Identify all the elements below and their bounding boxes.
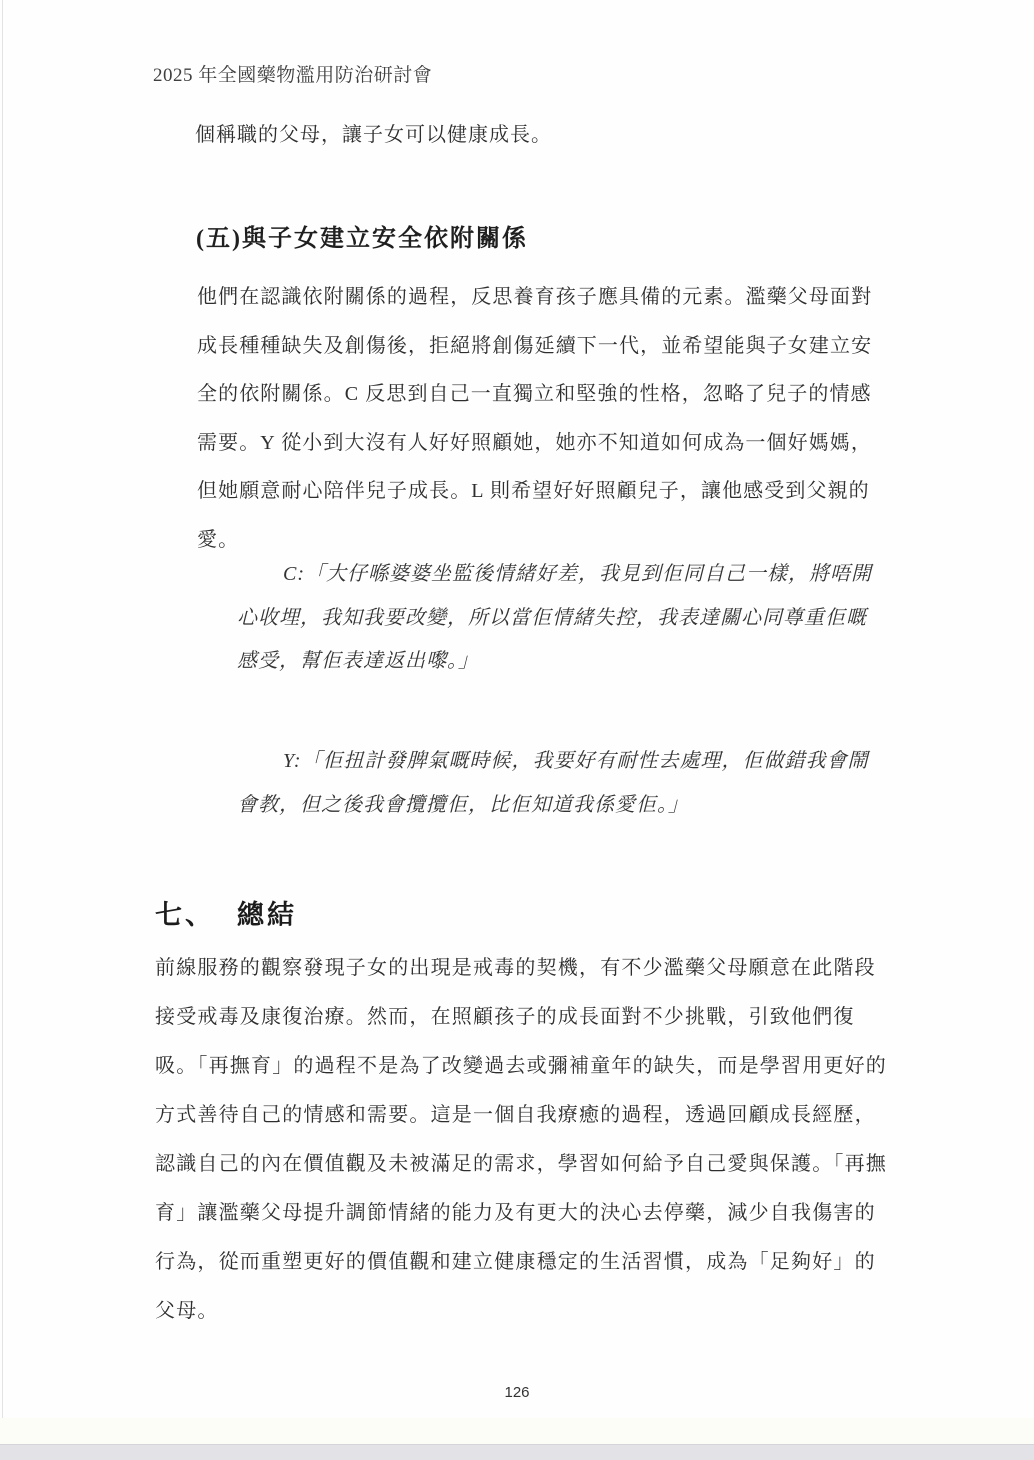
carryover-paragraph-line: 個稱職的父母，讓子女可以健康成長。: [195, 118, 552, 147]
page-number: 126: [0, 1384, 1034, 1401]
paragraph-line: 父母。: [155, 1287, 887, 1336]
running-header: 2025 年全國藥物濫用防治研討會: [153, 60, 432, 87]
paragraph-line: 行為，從而重塑更好的價值觀和建立健康穩定的生活習慣，成為「足夠好」的: [155, 1238, 887, 1287]
paragraph-line: 育」讓濫藥父母提升調節情緒的能力及有更大的決心去停藥，減少自我傷害的: [155, 1189, 887, 1238]
section-heading-7-numeral: 七、: [155, 900, 215, 930]
document-page: 2025 年全國藥物濫用防治研討會 個稱職的父母，讓子女可以健康成長。 (五)與…: [0, 0, 1034, 1460]
paragraph-line: 吸。「再撫育」的過程不是為了改變過去或彌補童年的缺失，而是學習用更好的: [155, 1042, 887, 1091]
paragraph-line: 需要。Y 從小到大沒有人好好照顧她，她亦不知道如何成為一個好媽媽，: [197, 419, 872, 468]
section7-paragraph: 前線服務的觀察發現子女的出現是戒毒的契機，有不少濫藥父母願意在此階段 接受戒毒及…: [155, 944, 887, 1336]
paragraph-line: 但她願意耐心陪伴兒子成長。L 則希望好好照顧兒子，讓他感受到父親的: [197, 467, 872, 516]
paragraph-line: 方式善待自己的情感和需要。這是一個自我療癒的過程，透過回顧成長經歷，: [155, 1091, 887, 1140]
paragraph-line: 前線服務的觀察發現子女的出現是戒毒的契機，有不少濫藥父母願意在此階段: [155, 944, 887, 993]
quote-block-c: C:「大仔喺婆婆坐監後情緒好差，我見到佢同自己一樣，將唔開 心收埋，我知我要改變…: [237, 553, 872, 684]
paragraph-line: 成長種種缺失及創傷後，拒絕將創傷延續下一代，並希望能與子女建立安: [197, 322, 872, 371]
section5-paragraph: 他們在認識依附關係的過程，反思養育孩子應具備的元素。濫藥父母面對 成長種種缺失及…: [197, 273, 872, 564]
section-heading-5: (五)與子女建立安全依附關係: [196, 218, 528, 253]
quote-line: 會教，但之後我會攬攬佢，比佢知道我係愛佢。」: [237, 784, 868, 828]
paragraph-line: 認識自己的內在價值觀及未被滿足的需求，學習如何給予自己愛與保護。「再撫: [155, 1140, 887, 1189]
paragraph-line: 接受戒毒及康復治療。然而，在照顧孩子的成長面對不少挑戰，引致他們復: [155, 993, 887, 1042]
section-heading-7-title: 總結: [237, 900, 297, 930]
page-left-edge-line: [2, 0, 3, 1444]
section-heading-7: 七、總結: [155, 893, 297, 932]
quote-line: 感受，幫佢表達返出嚟。」: [237, 640, 872, 684]
quote-line: C:「大仔喺婆婆坐監後情緒好差，我見到佢同自己一樣，將唔開: [237, 553, 872, 597]
paragraph-line: 他們在認識依附關係的過程，反思養育孩子應具備的元素。濫藥父母面對: [197, 273, 872, 322]
page-bottom-tint: [0, 1418, 1034, 1444]
quote-line: Y:「佢扭計發脾氣嘅時候，我要好有耐性去處理，佢做錯我會鬧: [237, 740, 868, 784]
paragraph-line: 全的依附關係。C 反思到自己一直獨立和堅強的性格，忽略了兒子的情感: [197, 370, 872, 419]
page-bottom-edge-band: [0, 1444, 1034, 1460]
quote-line: 心收埋，我知我要改變，所以當佢情緒失控，我表達關心同尊重佢嘅: [237, 597, 872, 641]
quote-block-y: Y:「佢扭計發脾氣嘅時候，我要好有耐性去處理，佢做錯我會鬧 會教，但之後我會攬攬…: [237, 740, 868, 827]
